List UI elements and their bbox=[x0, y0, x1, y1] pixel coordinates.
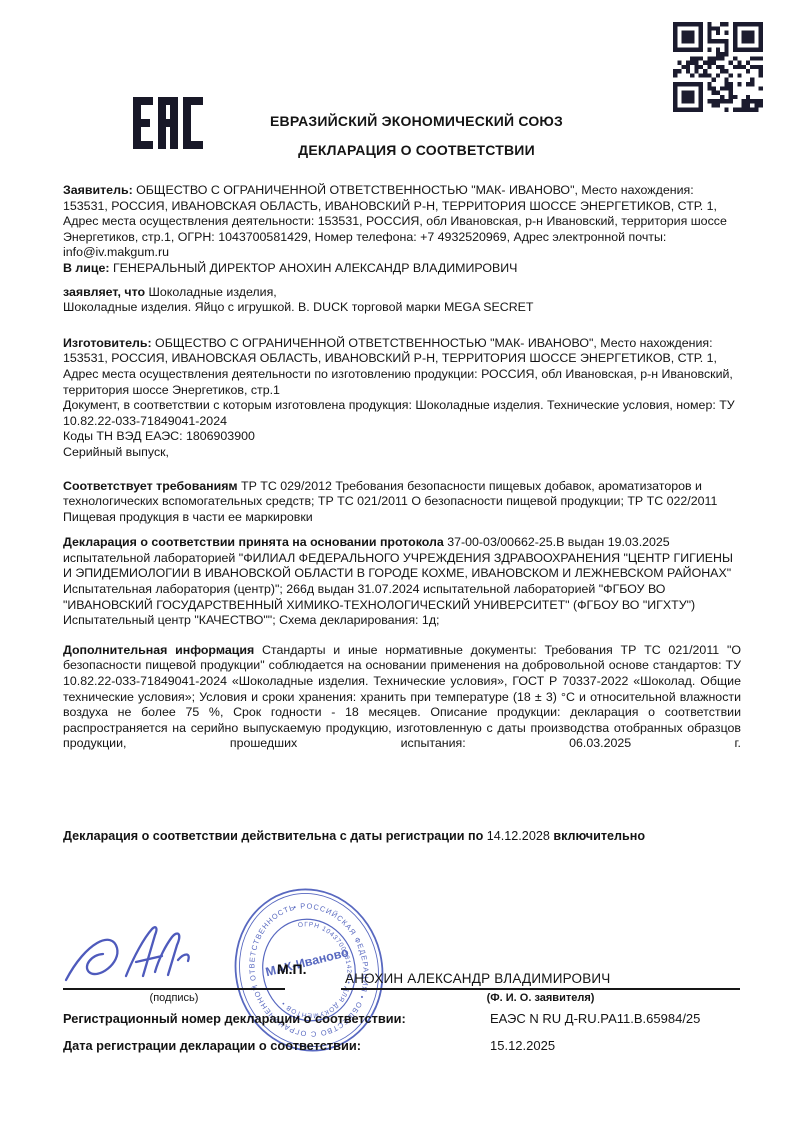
declares-text: Шоколадные изделия, bbox=[145, 285, 277, 299]
product-description: Шоколадные изделия. Яйцо с игрушкой. B. … bbox=[63, 300, 533, 314]
signature-line bbox=[63, 988, 285, 990]
manufacturer-paragraph: Изготовитель: ОБЩЕСТВО С ОГРАНИЧЕННОЙ ОТ… bbox=[63, 336, 741, 461]
validity-prefix: Декларация о соответствии действительна … bbox=[63, 829, 487, 843]
declares-paragraph: заявляет, что Шоколадные изделия, Шокола… bbox=[63, 285, 741, 316]
person-label: В лице: bbox=[63, 261, 110, 275]
signature-caption: (подпись) bbox=[63, 992, 285, 1004]
tnved-codes-line: Коды ТН ВЭД ЕАЭС: 1806903900 bbox=[63, 429, 741, 445]
applicant-paragraph: Заявитель: ОБЩЕСТВО С ОГРАНИЧЕННОЙ ОТВЕТ… bbox=[63, 183, 741, 261]
union-title: ЕВРАЗИЙСКИЙ ЭКОНОМИЧЕСКИЙ СОЮЗ bbox=[80, 113, 753, 129]
manufacturer-label: Изготовитель: bbox=[63, 336, 152, 350]
declares-label: заявляет, что bbox=[63, 285, 145, 299]
applicant-fio: АНОХИН АЛЕКСАНДР ВЛАДИМИРОВИЧ bbox=[345, 971, 611, 986]
registration-number-label: Регистрационный номер декларации о соотв… bbox=[63, 1011, 406, 1026]
fio-caption: (Ф. И. О. заявителя) bbox=[341, 992, 740, 1004]
stamp-place-mark: М.П. bbox=[277, 961, 307, 977]
validity-statement: Декларация о соответствии действительна … bbox=[63, 829, 753, 843]
applicant-text: ОБЩЕСТВО С ОГРАНИЧЕННОЙ ОТВЕТСТВЕННОСТЬЮ… bbox=[63, 183, 727, 259]
registration-date-value: 15.12.2025 bbox=[490, 1038, 555, 1053]
basis-label: Декларация о соответствии принята на осн… bbox=[63, 535, 444, 549]
declaration-document: ЕВРАЗИЙСКИЙ ЭКОНОМИЧЕСКИЙ СОЮЗ ДЕКЛАРАЦИ… bbox=[0, 0, 793, 1122]
validity-date: 14.12.2028 bbox=[487, 829, 550, 843]
additional-info-text: Стандарты и иные нормативные документы: … bbox=[63, 643, 741, 751]
basis-paragraph: Декларация о соответствии принята на осн… bbox=[63, 535, 741, 629]
applicant-label: Заявитель: bbox=[63, 183, 133, 197]
person-text: ГЕНЕРАЛЬНЫЙ ДИРЕКТОР АНОХИН АЛЕКСАНДР ВЛ… bbox=[110, 261, 518, 275]
serial-release-line: Серийный выпуск, bbox=[63, 445, 741, 461]
validity-suffix: включительно bbox=[550, 829, 645, 843]
compliance-label: Соответствует требованиям bbox=[63, 479, 238, 493]
document-title: ДЕКЛАРАЦИЯ О СООТВЕТСТВИИ bbox=[80, 142, 753, 158]
manufacturer-text: ОБЩЕСТВО С ОГРАНИЧЕННОЙ ОТВЕТСТВЕННОСТЬЮ… bbox=[63, 336, 733, 397]
document-body: Заявитель: ОБЩЕСТВО С ОГРАНИЧЕННОЙ ОТВЕТ… bbox=[63, 183, 741, 752]
registration-date-label: Дата регистрации декларации о соответств… bbox=[63, 1038, 361, 1053]
additional-info-label: Дополнительная информация bbox=[63, 643, 254, 657]
additional-info-paragraph: Дополнительная информация Стандарты и ин… bbox=[63, 643, 741, 752]
fio-line bbox=[341, 988, 740, 990]
qr-code bbox=[673, 22, 763, 112]
person-paragraph: В лице: ГЕНЕРАЛЬНЫЙ ДИРЕКТОР АНОХИН АЛЕК… bbox=[63, 261, 741, 277]
registration-number-value: ЕАЭС N RU Д-RU.РА11.В.65984/25 bbox=[490, 1011, 700, 1026]
product-document-line: Документ, в соответствии с которым изгот… bbox=[63, 398, 741, 429]
document-header: ЕВРАЗИЙСКИЙ ЭКОНОМИЧЕСКИЙ СОЮЗ ДЕКЛАРАЦИ… bbox=[80, 113, 753, 158]
compliance-paragraph: Соответствует требованиям ТР ТС 029/2012… bbox=[63, 479, 741, 526]
